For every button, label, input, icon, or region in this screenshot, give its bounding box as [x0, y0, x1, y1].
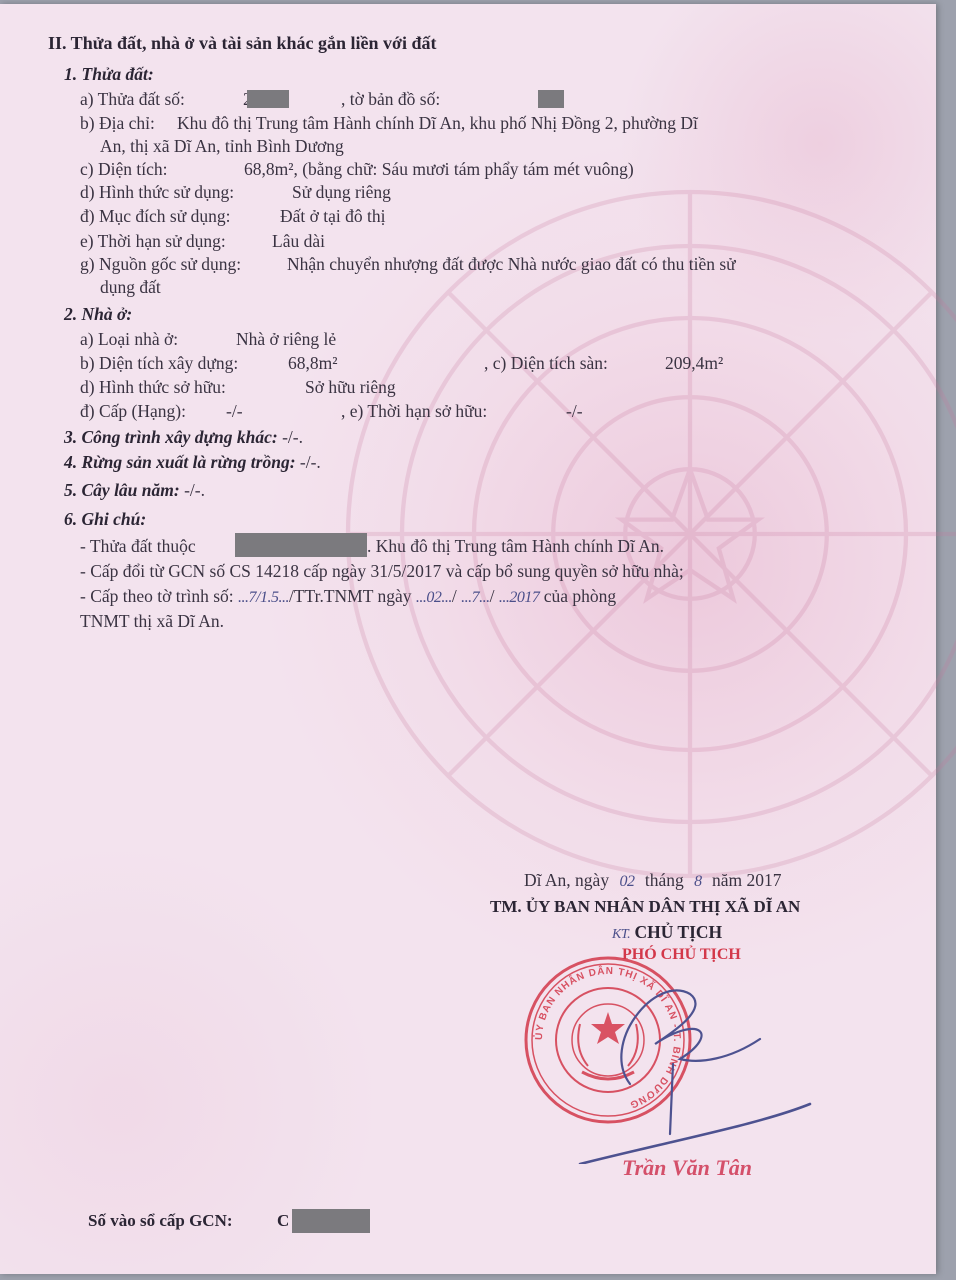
- note-line2: - Cấp đổi từ GCN số CS 14218 cấp ngày 31…: [80, 561, 684, 581]
- date-prefix: Dĩ An, ngày: [524, 870, 609, 890]
- house-type-label: a) Loại nhà ở:: [80, 329, 178, 349]
- certificate-page: II. Thửa đất, nhà ở và tài sản khác gắn …: [0, 4, 936, 1274]
- house-heading: 2. Nhà ở:: [64, 304, 132, 324]
- use-form-value: Sử dụng riêng: [292, 182, 391, 202]
- chairman-title: CHỦ TỊCH: [634, 922, 722, 942]
- house-type-value: Nhà ở riêng lẻ: [236, 329, 336, 349]
- signer-name: Trần Văn Tân: [622, 1158, 752, 1178]
- grade-label: đ) Cấp (Hạng):: [80, 401, 186, 421]
- purpose-value: Đất ở tại đô thị: [280, 206, 386, 226]
- note-line1-redaction: [235, 533, 367, 557]
- date-day-handwritten: 02: [619, 873, 634, 890]
- address-line1: Khu đô thị Trung tâm Hành chính Dĩ An, k…: [177, 113, 698, 133]
- submission-year-handwritten: ...2017: [499, 589, 540, 606]
- note-line4: TNMT thị xã Dĩ An.: [80, 611, 224, 631]
- parcel-number-label: a) Thửa đất số:: [80, 89, 185, 109]
- own-term-value: -/-: [566, 401, 583, 421]
- date-month-label: tháng: [645, 870, 684, 890]
- floor-area-label: , c) Diện tích sàn:: [484, 353, 608, 373]
- term-label: e) Thời hạn sử dụng:: [80, 231, 226, 251]
- kt-handwritten: KT.: [612, 927, 630, 942]
- registry-value-prefix: C: [277, 1211, 289, 1231]
- registry-label: Số vào sổ cấp GCN:: [88, 1211, 233, 1231]
- other-construction-row: 3. Công trình xây dựng khác: -/-.: [64, 427, 303, 447]
- issuing-organization: TM. ỦY BAN NHÂN DÂN THỊ XÃ DĨ AN: [490, 897, 800, 917]
- note-line3-mid: /TTr.TNMT ngày: [289, 586, 412, 606]
- forest-row: 4. Rừng sản xuất là rừng trồng: -/-.: [64, 452, 321, 472]
- registry-redaction: [292, 1209, 370, 1233]
- note-line3-suffix: của phòng: [544, 586, 616, 606]
- origin-label: g) Nguồn gốc sử dụng:: [80, 254, 241, 274]
- use-form-label: d) Hình thức sử dụng:: [80, 182, 234, 202]
- issue-date: Dĩ An, ngày 02 tháng 8 năm 2017: [524, 870, 781, 892]
- section-title: II. Thửa đất, nhà ở và tài sản khác gắn …: [48, 33, 437, 53]
- build-area-label: b) Diện tích xây dựng:: [80, 353, 238, 373]
- perennial-value: -/-.: [184, 480, 205, 500]
- map-sheet-label: , tờ bản đồ số:: [341, 89, 440, 109]
- signature-scribble: [560, 964, 860, 1164]
- note-line3-prefix: - Cấp theo tờ trình số:: [80, 586, 234, 606]
- address-label: b) Địa chỉ:: [80, 113, 155, 133]
- background-emblem-watermark: [330, 174, 956, 894]
- perennial-row: 5. Cây lâu năm: -/-.: [64, 480, 205, 500]
- build-area-value: 68,8m²: [288, 353, 337, 373]
- note-line1-prefix: - Thửa đất thuộc: [80, 536, 196, 556]
- map-sheet-redaction: [538, 90, 564, 108]
- note-line1-suffix: . Khu đô thị Trung tâm Hành chính Dĩ An.: [367, 536, 664, 556]
- other-construction-label: 3. Công trình xây dựng khác:: [64, 427, 278, 447]
- own-term-label: , e) Thời hạn sở hữu:: [341, 401, 487, 421]
- perennial-label: 5. Cây lâu năm:: [64, 480, 180, 500]
- other-construction-value: -/-.: [282, 427, 303, 447]
- origin-value-line2: dụng đất: [100, 277, 161, 297]
- parcel-number-redaction: [247, 90, 289, 108]
- forest-value: -/-.: [300, 452, 321, 472]
- origin-value-line1: Nhận chuyển nhượng đất được Nhà nước gia…: [287, 254, 736, 274]
- term-value: Lâu dài: [272, 231, 325, 251]
- grade-value: -/-: [226, 401, 243, 421]
- note-line3: - Cấp theo tờ trình số: ...7/1.5.../TTr.…: [80, 586, 616, 608]
- date-year: năm 2017: [712, 870, 782, 890]
- signature-title: KT. CHỦ TỊCH: [612, 922, 722, 945]
- ownership-value: Sở hữu riêng: [305, 377, 396, 397]
- land-heading: 1. Thửa đất:: [64, 64, 154, 84]
- forest-label: 4. Rừng sản xuất là rừng trồng:: [64, 452, 296, 472]
- floor-area-value: 209,4m²: [665, 353, 723, 373]
- submission-day-handwritten: ...02...: [416, 589, 452, 606]
- area-value: 68,8m², (bằng chữ: Sáu mươi tám phẩy tám…: [244, 159, 634, 179]
- address-line2: An, thị xã Dĩ An, tỉnh Bình Dương: [100, 136, 344, 156]
- purpose-label: đ) Mục đích sử dụng:: [80, 206, 230, 226]
- submission-number-handwritten: ...7/1.5...: [238, 589, 289, 606]
- area-label: c) Diện tích:: [80, 159, 167, 179]
- ownership-label: d) Hình thức sở hữu:: [80, 377, 226, 397]
- date-month-handwritten: 8: [694, 873, 702, 890]
- submission-month-handwritten: ...7...: [461, 589, 490, 606]
- notes-heading: 6. Ghi chú:: [64, 509, 146, 529]
